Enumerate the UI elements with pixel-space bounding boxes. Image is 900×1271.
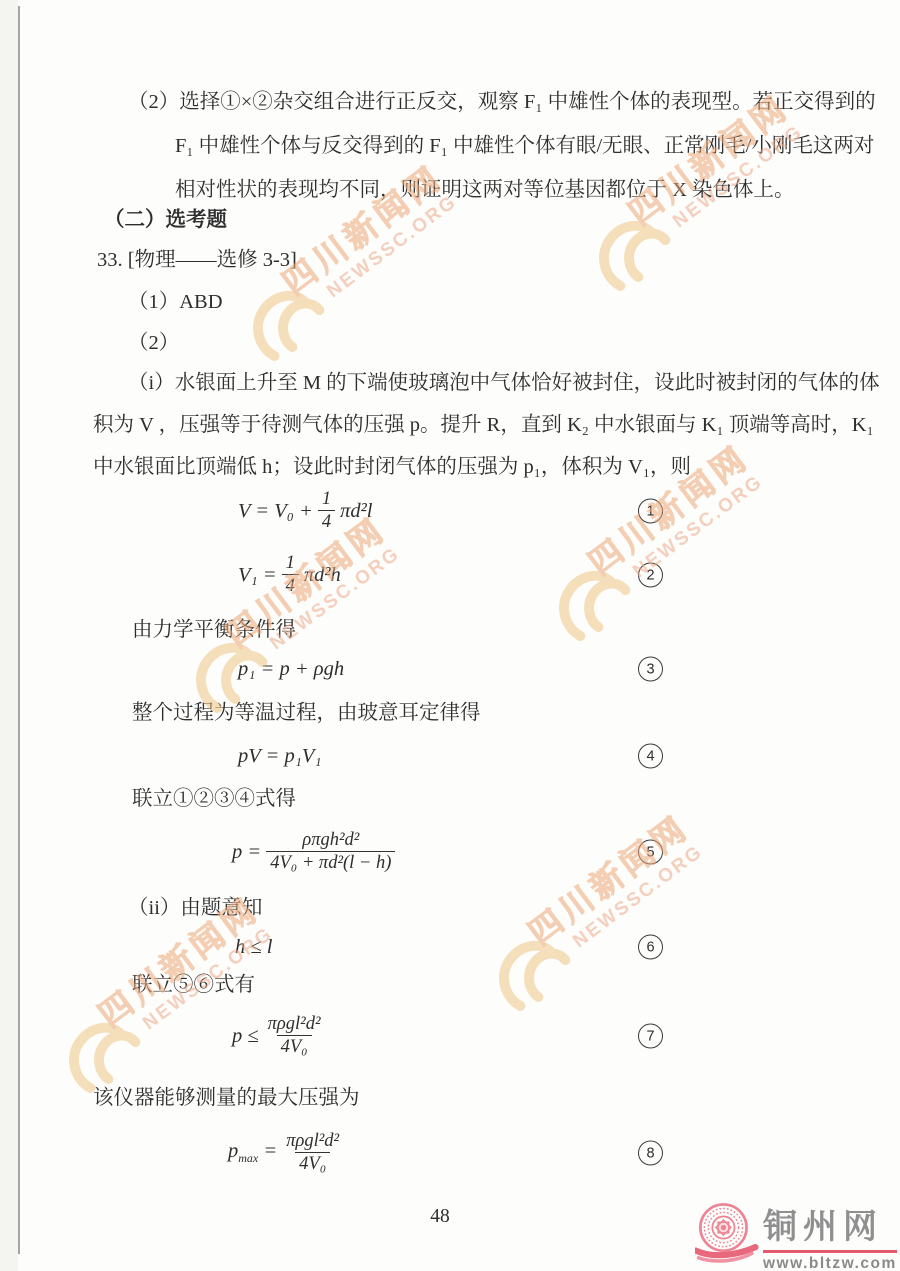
equation-number-3: 3 bbox=[638, 657, 663, 682]
footer-site-text: 铜州网 www.bltzw.com bbox=[763, 1199, 897, 1271]
formula-text: pmax = bbox=[228, 1140, 277, 1166]
formula-1: V = V₀ + 1 4 πd²l 1 bbox=[0, 488, 900, 534]
formula-8: pmax = πρgl²d² 4V₀ 8 bbox=[0, 1122, 900, 1184]
equation-number-1: 1 bbox=[638, 499, 663, 524]
site-url: www.bltzw.com bbox=[763, 1250, 897, 1271]
paragraph-line: （2）选择①×②杂交组合进行正反交，观察 F₁ 中雄性个体的表现型。若正交得到的 bbox=[0, 90, 876, 134]
text-part-ii: （ii）由题意知 bbox=[128, 896, 262, 920]
formula-text: V₁ = bbox=[238, 564, 277, 587]
fraction: πρgl²d² 4V₀ bbox=[282, 1131, 343, 1174]
formula-2: V₁ = 1 4 πd²h 2 bbox=[0, 552, 900, 598]
fraction: 1 4 bbox=[282, 553, 299, 596]
paragraph-line: （i）水银面上升至 M 的下端使玻璃泡中气体恰好被封住，设此时被封闭的气体的体 bbox=[0, 371, 880, 413]
formula-3: p₁ = p + ρgh 3 bbox=[0, 655, 900, 683]
equation-number-8: 8 bbox=[638, 1141, 663, 1166]
sichuan-news-swirl-icon bbox=[242, 274, 332, 366]
paragraph-line: 积为 V ，压强等于待测气体的压强 p。提升 R，直到 K₂ 中水银面与 K₁ … bbox=[0, 413, 880, 455]
text-combine-1234: 联立①②③④式得 bbox=[132, 787, 296, 811]
footer-site-logo: 铜州网 www.bltzw.com bbox=[695, 1195, 895, 1267]
paragraph-part-i: （i）水银面上升至 M 的下端使玻璃泡中气体恰好被封住，设此时被封闭的气体的体 … bbox=[0, 371, 880, 497]
scanned-answer-page: （2）选择①×②杂交组合进行正反交，观察 F₁ 中雄性个体的表现型。若正交得到的… bbox=[0, 0, 900, 1271]
formula-text: V = V₀ + bbox=[238, 500, 313, 523]
text-combine-56: 联立⑤⑥式有 bbox=[132, 973, 255, 997]
text-mechanical-balance: 由力学平衡条件得 bbox=[132, 618, 296, 642]
fraction: πρgl²d² 4V₀ bbox=[264, 1014, 325, 1057]
answer-part-1: （1）ABD bbox=[128, 290, 223, 314]
section-heading-optional-questions: （二）选考题 bbox=[104, 208, 227, 232]
site-name: 铜州网 bbox=[763, 1199, 897, 1248]
formula-text: p ≤ bbox=[232, 1025, 259, 1048]
formula-6: h ≤ l 6 bbox=[0, 933, 900, 961]
formula-5: p = ρπgh²d² 4V₀ + πd²(l − h) 5 bbox=[0, 820, 900, 884]
fraction: ρπgh²d² 4V₀ + πd²(l − h) bbox=[266, 830, 395, 873]
text-max-pressure: 该仪器能够测量的最大压强为 bbox=[93, 1086, 360, 1110]
equation-number-5: 5 bbox=[638, 840, 663, 865]
formula-text: p₁ = p + ρgh bbox=[238, 658, 344, 681]
formula-7: p ≤ πρgl²d² 4V₀ 7 bbox=[0, 1006, 900, 1066]
equation-number-7: 7 bbox=[638, 1024, 663, 1049]
equation-number-2: 2 bbox=[638, 563, 663, 588]
equation-number-6: 6 bbox=[638, 935, 663, 960]
question-33-title: 33. [物理——选修 3-3] bbox=[97, 248, 297, 272]
text-isothermal-boyle: 整个过程为等温过程，由玻意耳定律得 bbox=[132, 701, 481, 725]
paragraph-line: F₁ 中雄性个体与反交得到的 F₁ 中雄性个体有眼/无眼、正常刚毛/小刚毛这两对 bbox=[0, 134, 876, 178]
formula-text: πd²l bbox=[340, 500, 372, 523]
formula-text: h ≤ l bbox=[235, 936, 272, 959]
formula-text: pV = p₁V₁ bbox=[238, 745, 322, 768]
max-subscript: max bbox=[238, 1151, 258, 1165]
equation-number-4: 4 bbox=[638, 744, 663, 769]
formula-text: πd²h bbox=[304, 564, 341, 587]
answer-part-2: （2） bbox=[128, 331, 179, 355]
formula-text: p = bbox=[232, 841, 261, 864]
fraction: 1 4 bbox=[318, 489, 335, 532]
emblem-icon bbox=[695, 1197, 759, 1267]
paragraph-genetics-answer: （2）选择①×②杂交组合进行正反交，观察 F₁ 中雄性个体的表现型。若正交得到的… bbox=[0, 90, 876, 222]
formula-4: pV = p₁V₁ 4 bbox=[0, 742, 900, 770]
